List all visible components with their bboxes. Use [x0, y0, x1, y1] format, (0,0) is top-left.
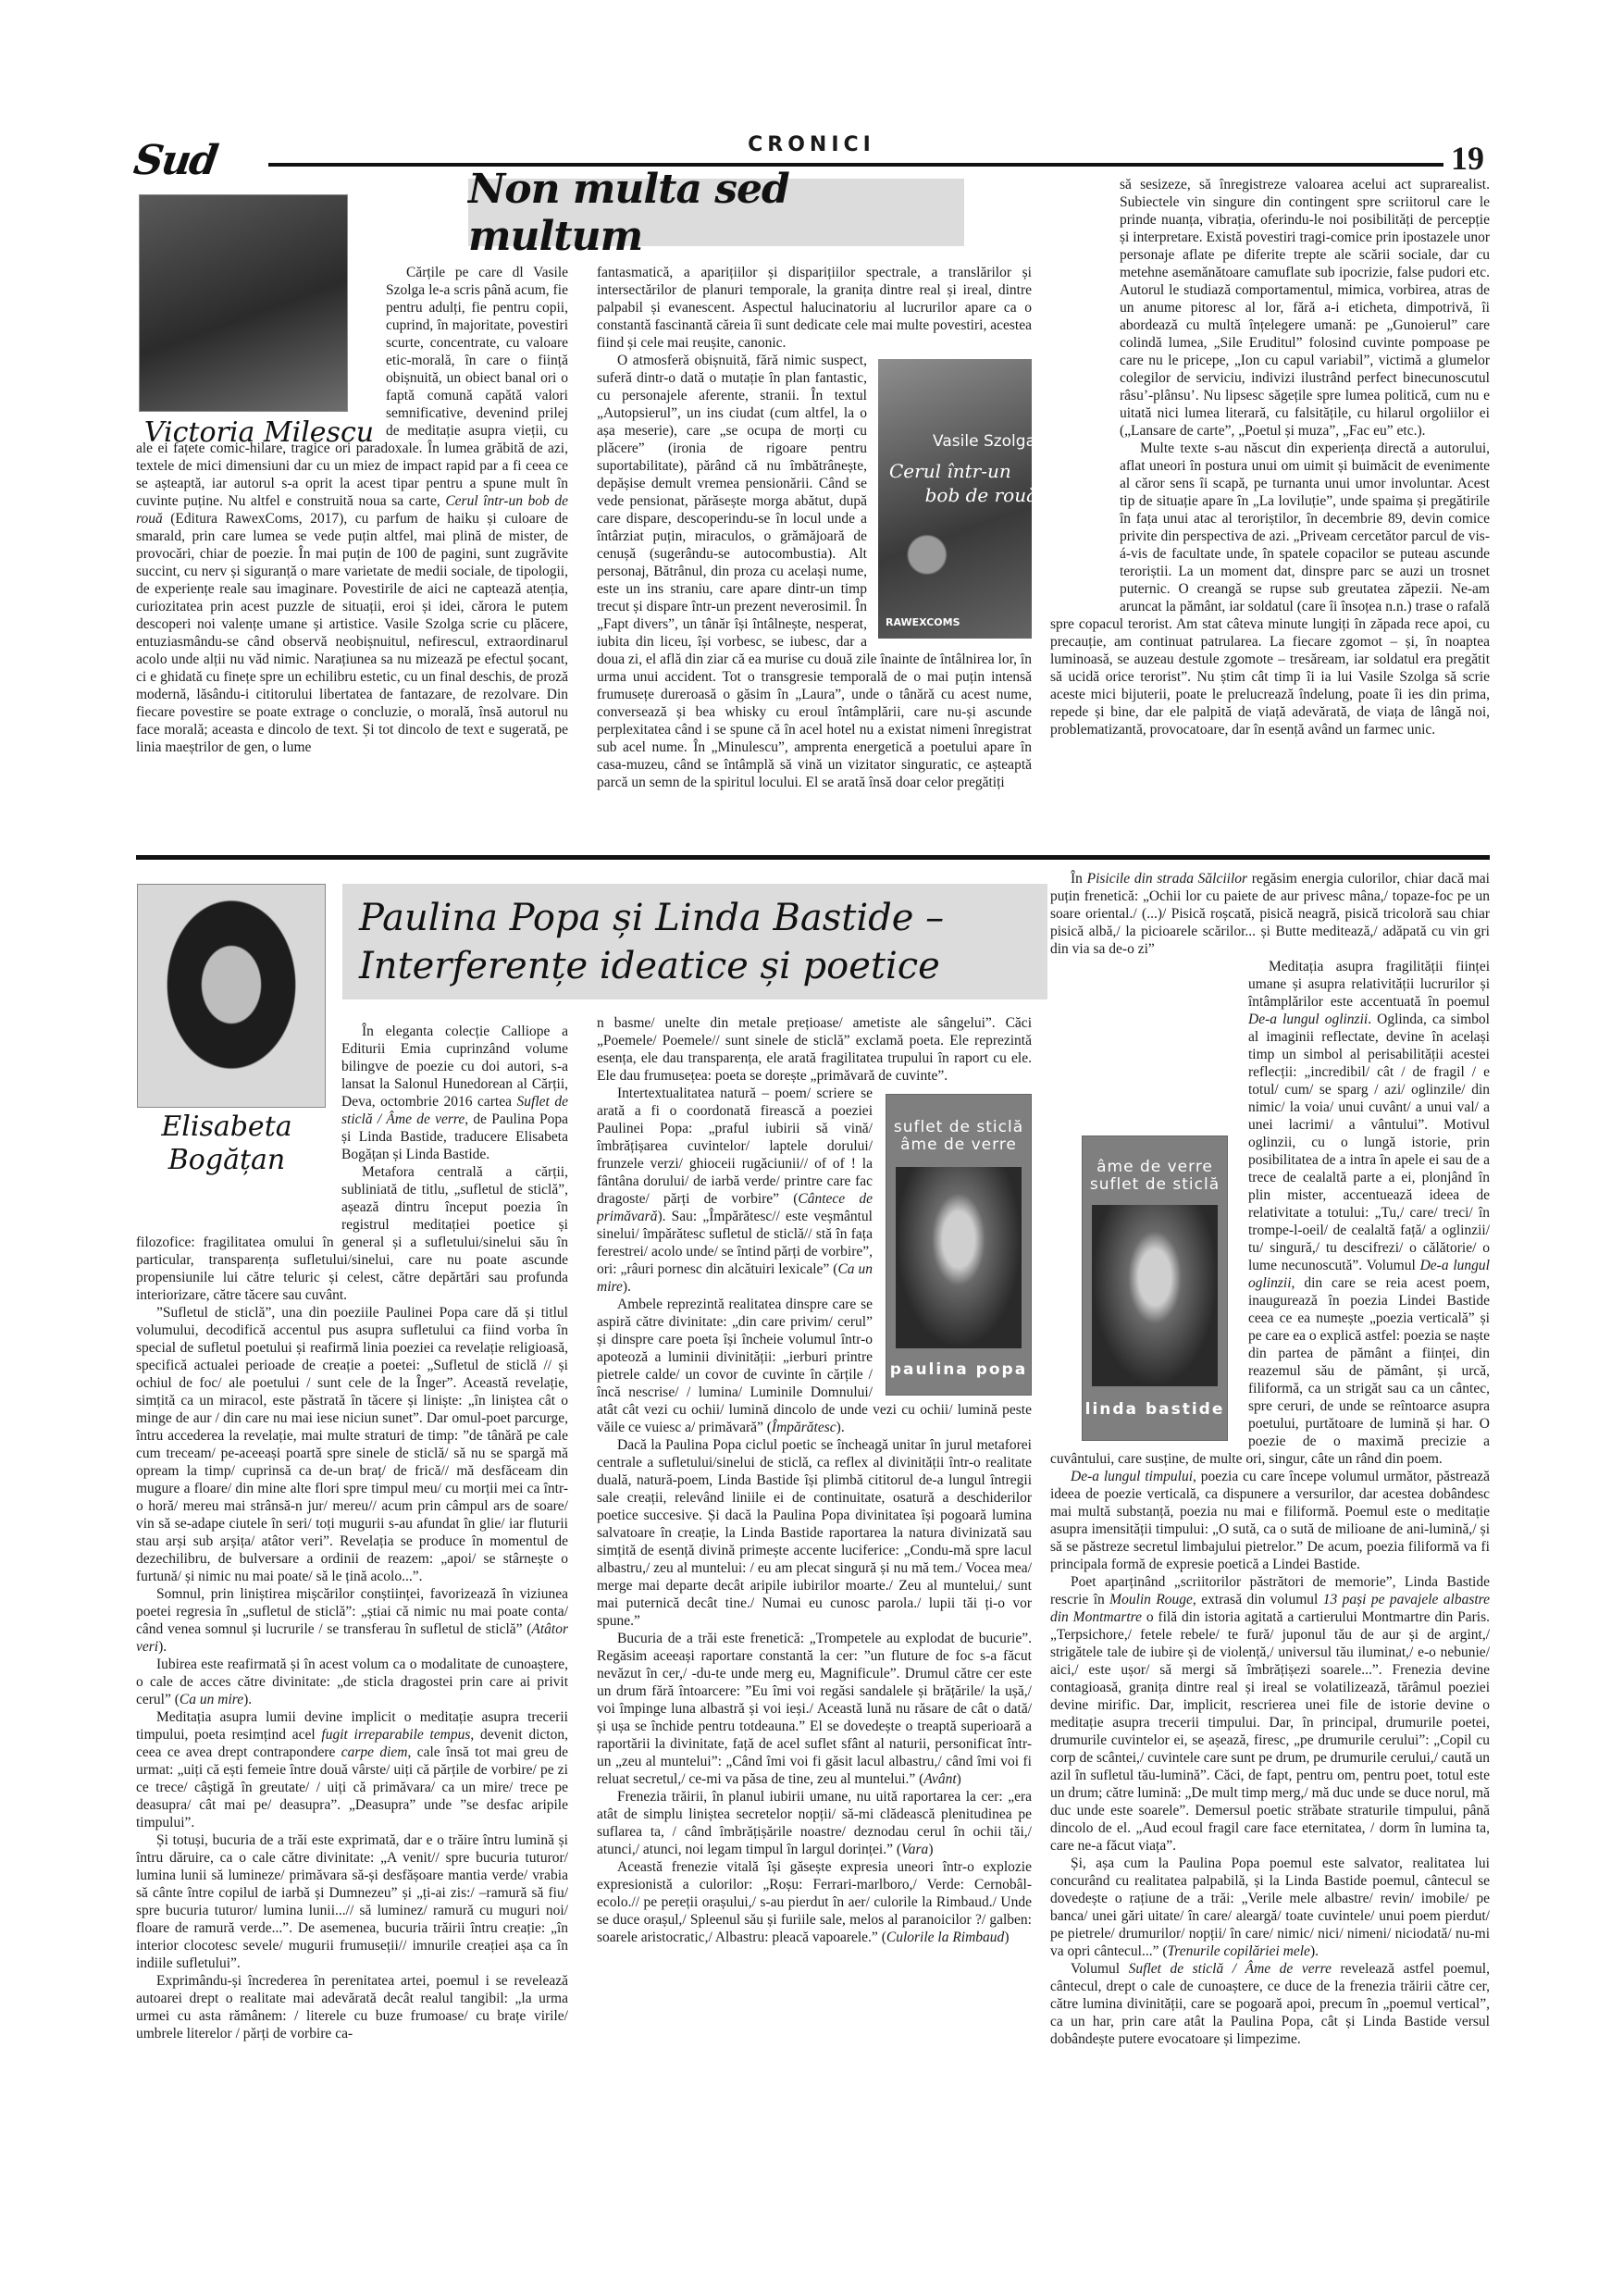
article2-column-1: În eleganta colecție Calliope a Editurii… — [136, 1023, 568, 2166]
article1-paragraph: fantasmatică, a aparițiilor și dispariți… — [597, 264, 1032, 352]
photo-spacer — [136, 264, 386, 430]
page-number: 19 — [1451, 139, 1484, 178]
cover-author: paulina popa — [886, 1361, 1031, 1379]
photo-spacer — [136, 1023, 341, 1219]
article2-paragraph: ”Sufletul de sticlă”, una din poeziile P… — [136, 1304, 568, 1585]
article2-paragraph: Și totuși, bucuria de a trăi este exprim… — [136, 1831, 568, 1972]
article1-title: Non multa sed multum — [468, 166, 964, 260]
section-label: CRONICI — [735, 133, 888, 156]
cover-title-ro: suflet de sticlă — [886, 1119, 1031, 1136]
article2-paragraph: Dacă la Paulina Popa ciclul poetic se în… — [597, 1436, 1032, 1630]
book-cover-linda-bastide: âme de verre suflet de sticlă linda bast… — [1082, 1136, 1228, 1441]
cover-author: linda bastide — [1083, 1401, 1227, 1419]
article1-column-1: Cărțile pe care dl Vasile Szolga le-a sc… — [136, 264, 568, 842]
article2-paragraph: n basme/ unelte din metale prețioase/ am… — [597, 1014, 1032, 1085]
book-cover-publisher: RAWEXCOMS — [886, 614, 960, 631]
article2-paragraph: Meditația asupra lumii devine implicit o… — [136, 1708, 568, 1831]
article2-paragraph: Volumul Suflet de sticlă / Âme de verre … — [1050, 1960, 1490, 2048]
article2-column-2: n basme/ unelte din metale prețioase/ am… — [597, 1014, 1032, 2162]
article2-paragraph: Somnul, prin liniștirea mișcărilor conșt… — [136, 1585, 568, 1656]
article2-paragraph: În Pisicile din strada Sălciilor regăsim… — [1050, 870, 1490, 958]
cover-photo — [1092, 1205, 1218, 1386]
cover-photo — [896, 1167, 1022, 1348]
article1-column-3: să sesizeze, să înregistreze valoarea ac… — [1050, 176, 1490, 842]
cover-spacer — [1050, 357, 1120, 602]
article2-paragraph: Poet aparținând „scriitorilor păstrători… — [1050, 1573, 1490, 1855]
book-cover-author: Vasile Szolga — [933, 433, 1032, 451]
book-cover-title-line2: bob de rouă — [925, 487, 1032, 504]
article2-title-line1: Paulina Popa și Linda Bastide – — [359, 894, 1047, 942]
book-cover-title-line1: Cerul într-un — [889, 463, 1011, 480]
book-cover-cerul-intr-un-bob-de-roua: Vasile Szolga Cerul într-un bob de rouă … — [878, 359, 1032, 639]
article2-paragraph: Bucuria de a trăi este frenetică: „Tromp… — [597, 1630, 1032, 1788]
article2-paragraph: Această frenezie vitală își găsește expr… — [597, 1858, 1032, 1946]
article1-title-box: Non multa sed multum — [468, 179, 964, 246]
article2-paragraph: Și, așa cum la Paulina Popa poemul este … — [1050, 1855, 1490, 1960]
section-title: CRONICI — [0, 133, 1623, 156]
article-divider — [136, 855, 1490, 860]
article2-title-line2: Interferențe ideatice și poetice — [359, 942, 1047, 990]
cover-title-fr: âme de verre — [1083, 1159, 1227, 1176]
article1-column-2: fantasmatică, a aparițiilor și dispariți… — [597, 264, 1032, 842]
article2-title-box: Paulina Popa și Linda Bastide – Interfer… — [342, 884, 1047, 999]
cover-title-ro: suflet de sticlă — [1083, 1176, 1227, 1194]
article2-paragraph: Exprimându-și încrederea în perenitatea … — [136, 1972, 568, 2042]
article2-paragraph: Frenezia trăirii, în planul iubirii uman… — [597, 1788, 1032, 1858]
book-cover-paulina-popa: suflet de sticlă âme de verre paulina po… — [886, 1094, 1032, 1396]
article2-paragraph: Iubirea este reafirmată și în acest volu… — [136, 1656, 568, 1708]
cover-title-fr: âme de verre — [886, 1136, 1031, 1154]
article2-paragraph: De-a lungul timpului, poezia cu care înc… — [1050, 1468, 1490, 1573]
article2-column-3: În Pisicile din strada Sălciilor regăsim… — [1050, 870, 1490, 2166]
